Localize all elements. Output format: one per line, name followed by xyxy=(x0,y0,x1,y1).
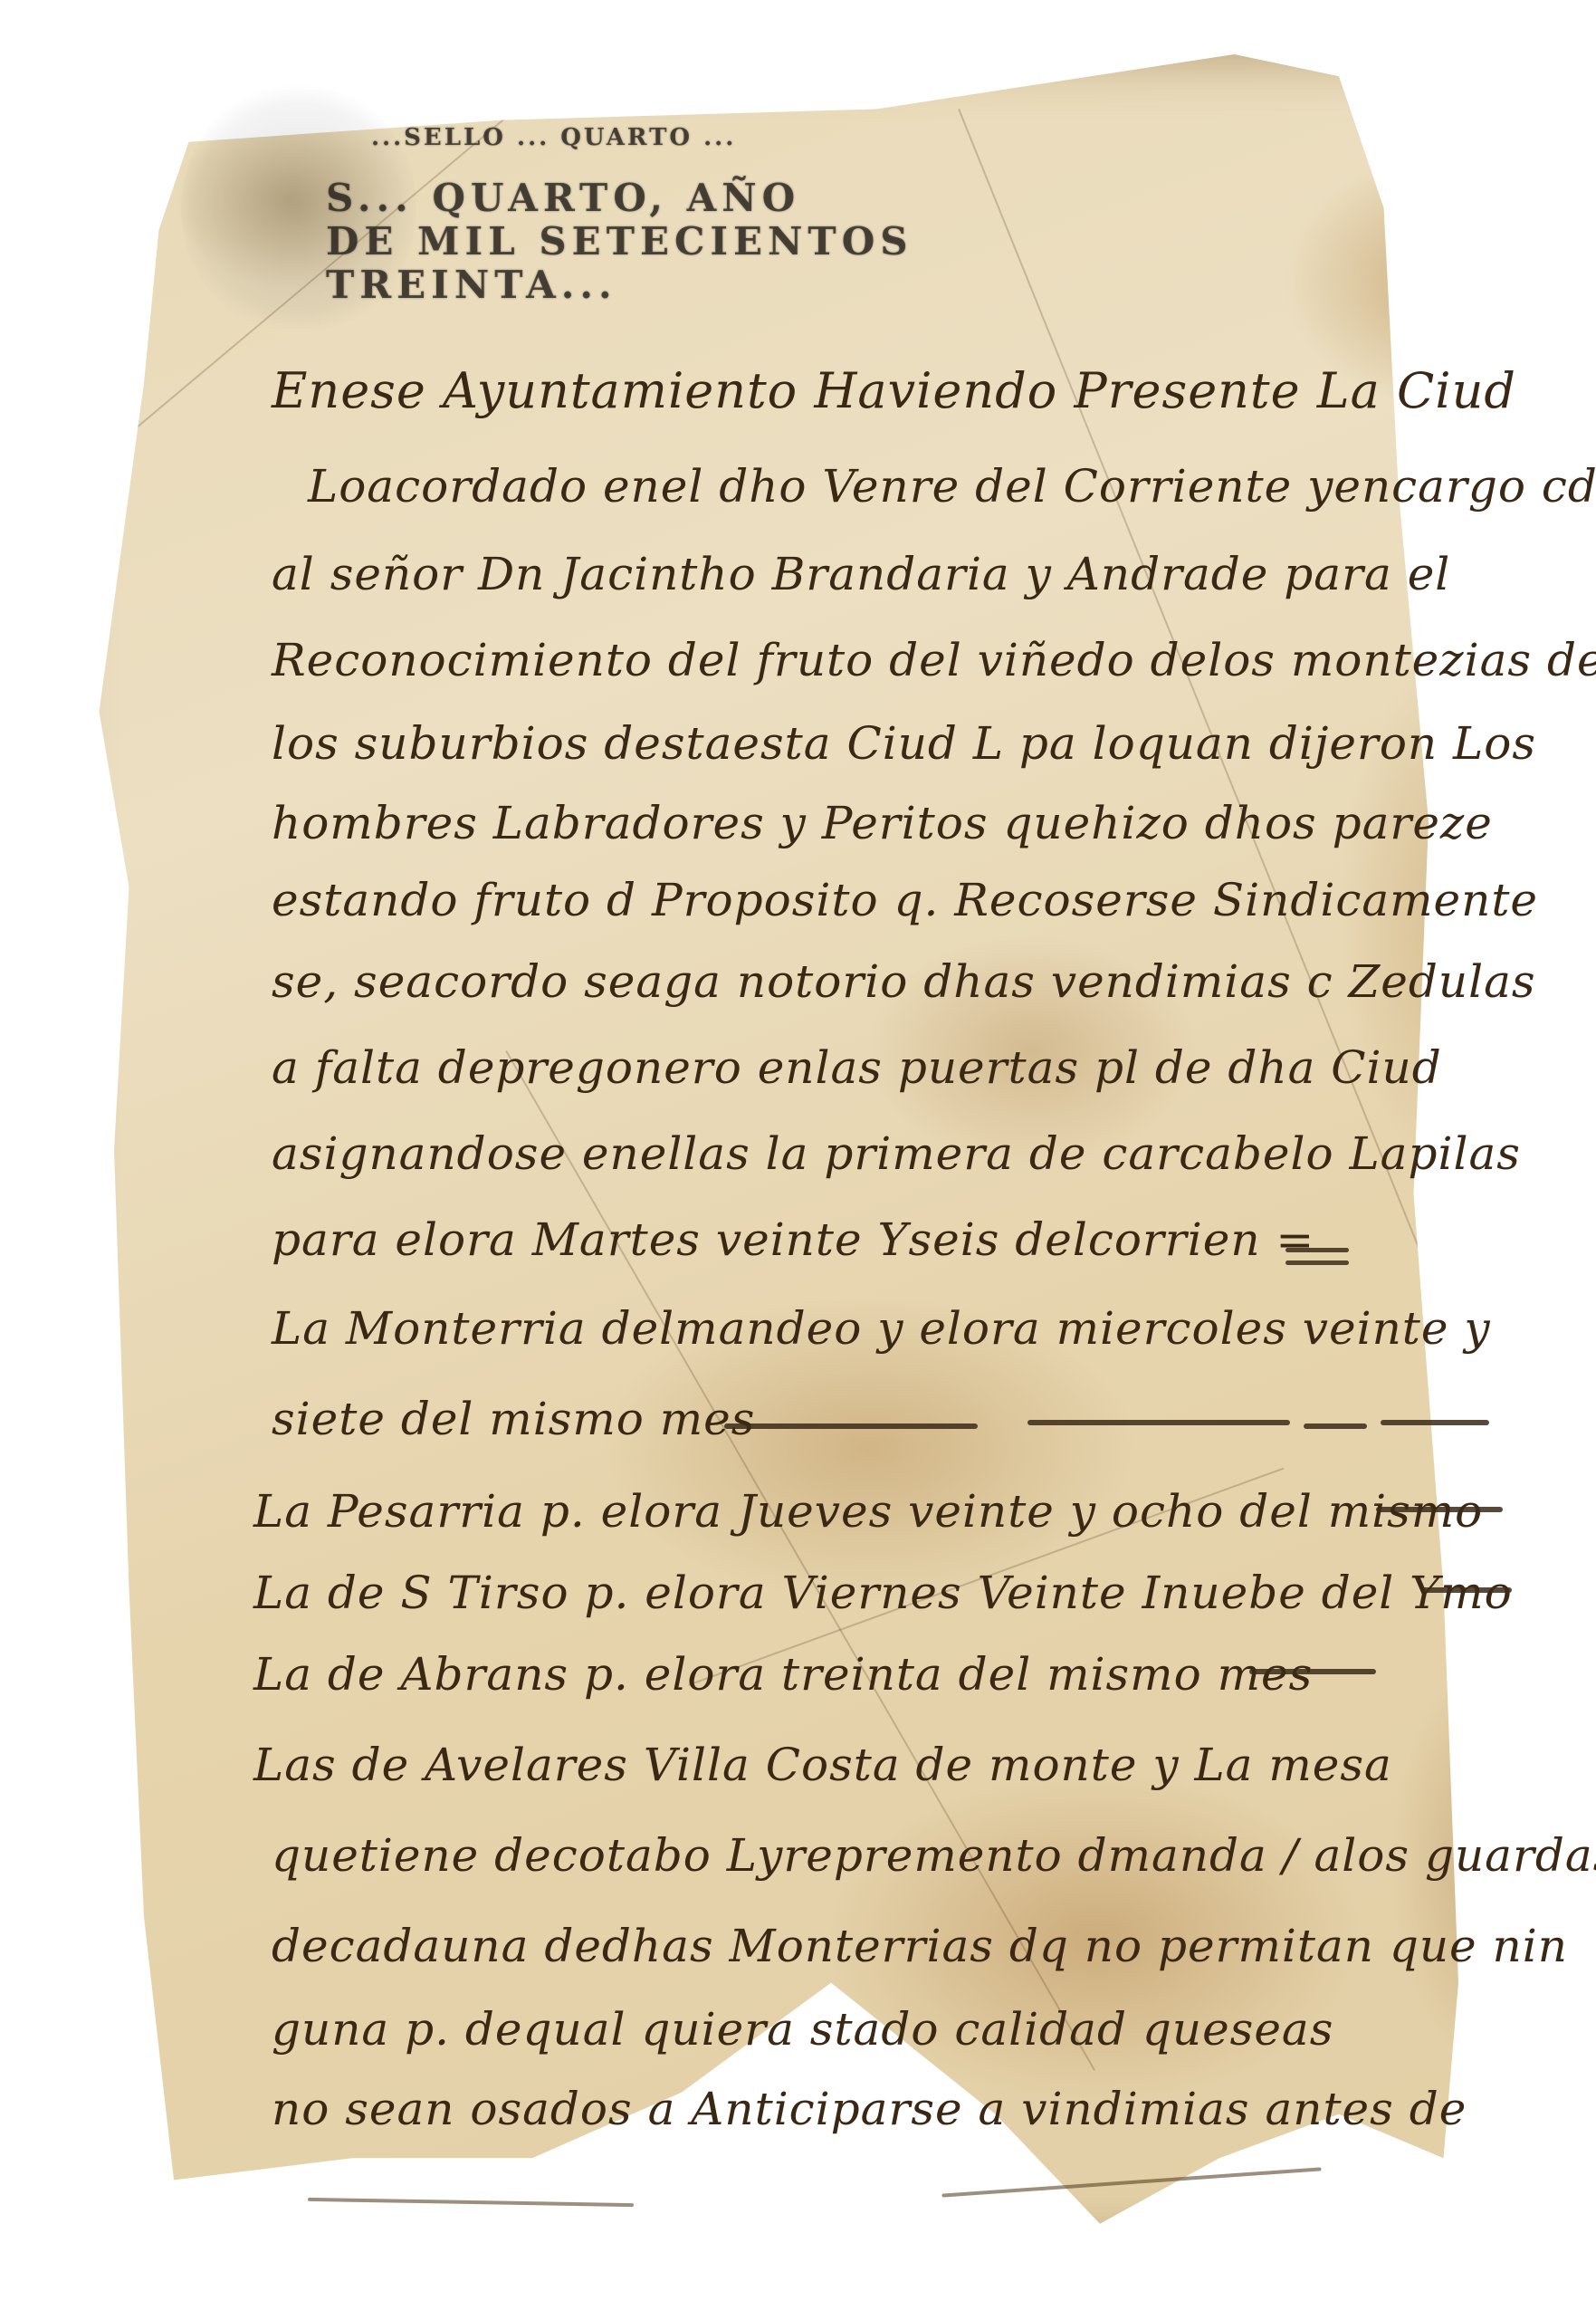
manuscript-line: los suburbios destaesta Ciud L pa loquan… xyxy=(272,717,1536,770)
manuscript-line: Enese Ayuntamiento Haviendo Presente La … xyxy=(272,362,1516,419)
manuscript-line: para elora Martes veinte Yseis delcorrie… xyxy=(272,1213,1314,1266)
manuscript-line: siete del mismo mes xyxy=(272,1393,755,1445)
manuscript-line: al señor Dn Jacintho Brandaria y Andrade… xyxy=(272,548,1450,600)
stamp-line-3: TREINTA... xyxy=(326,264,617,306)
manuscript-line: asignandose enellas la primera de carcab… xyxy=(272,1127,1521,1180)
filler-rule xyxy=(1249,1669,1376,1674)
manuscript-line: La de S Tirso p. elora Viernes Veinte In… xyxy=(253,1567,1513,1619)
manuscript-line: Loacordado enel dho Venre del Corriente … xyxy=(308,460,1596,513)
filler-rule xyxy=(1027,1420,1290,1425)
manuscript-line: a falta depregonero enlas puertas pl de … xyxy=(272,1041,1442,1094)
paper-crease xyxy=(958,109,1434,1285)
filler-rule xyxy=(724,1423,978,1429)
stamp-line-2: DE MIL SETECIENTOS xyxy=(326,221,913,263)
paper-crease xyxy=(505,1050,1095,2071)
manuscript-line: La de Abrans p. elora treinta del mismo … xyxy=(253,1648,1313,1701)
filler-rule xyxy=(1381,1420,1489,1425)
double-rule-mark xyxy=(1285,1260,1349,1265)
manuscript-line: Reconocimiento del fruto del viñedo delo… xyxy=(272,634,1596,686)
manuscript-line: decadauna dedhas Monterrias dq no permit… xyxy=(272,1920,1568,1972)
stamp-line-1: S... QUARTO, AÑO xyxy=(326,177,800,219)
double-rule-mark xyxy=(1285,1248,1349,1252)
stamp-top-line: ...SELLO ... QUARTO ... xyxy=(371,125,736,151)
filler-rule xyxy=(1376,1507,1503,1512)
manuscript-line: se, seacordo seaga notorio dhas vendimia… xyxy=(272,955,1536,1008)
manuscript-line: hombres Labradores y Peritos quehizo dho… xyxy=(272,797,1493,849)
manuscript-line: guna p. dequal quiera stado calidad ques… xyxy=(272,2003,1333,2056)
filler-rule xyxy=(1421,1587,1512,1593)
manuscript-line: estando fruto d Proposito q. Recoserse S… xyxy=(272,874,1538,926)
manuscript-line: no sean osados a Anticiparse a vindimias… xyxy=(272,2083,1467,2135)
manuscript-line: La Monterria delmandeo y elora miercoles… xyxy=(272,1302,1491,1355)
manuscript-line: quetiene decotabo Lyrepremento dmanda / … xyxy=(272,1829,1596,1882)
manuscript-line: Las de Avelares Villa Costa de monte y L… xyxy=(253,1739,1392,1791)
filler-rule xyxy=(1304,1423,1367,1429)
manuscript-line: La Pesarria p. elora Jueves veinte y och… xyxy=(253,1485,1483,1538)
closing-rule xyxy=(308,2198,634,2207)
